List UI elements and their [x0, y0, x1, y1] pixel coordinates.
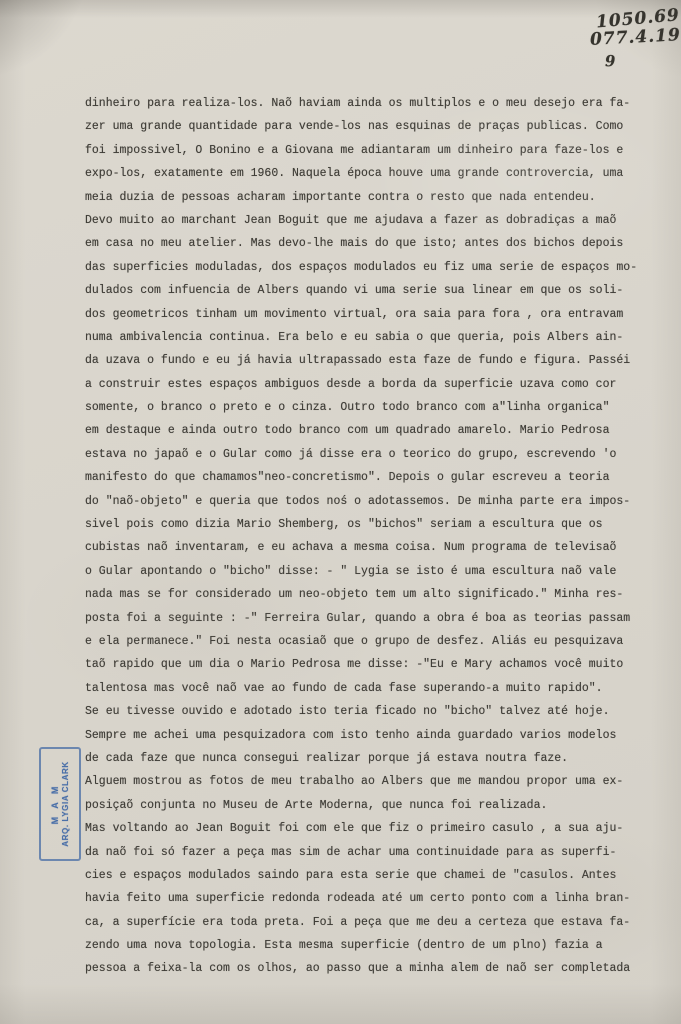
text-line: taõ rapido que um dia o Mario Pedrosa me… — [85, 653, 655, 676]
text-line: zendo uma nova topologia. Esta mesma sup… — [85, 934, 655, 957]
text-line: somente, o branco o preto e o cinza. Out… — [85, 396, 655, 419]
handwritten-page-number: 9 — [605, 52, 617, 70]
text-line: da uzava o fundo e eu já havia ultrapass… — [85, 349, 655, 372]
text-line: posiçaõ conjunta no Museu de Arte Modern… — [85, 794, 655, 817]
text-line: Sempre me achei uma pesquizadora com ist… — [85, 724, 655, 747]
text-line: Devo muito ao marchant Jean Boguit que m… — [85, 209, 655, 232]
text-line: havia feito uma superficie redonda rodea… — [85, 887, 655, 910]
text-line: zer uma grande quantidade para vende-los… — [85, 115, 655, 138]
archive-stamp-label: ARQ. LYGIA CLARK — [61, 761, 71, 846]
text-line: o Gular apontando o "bicho" disse: - " L… — [85, 560, 655, 583]
text-line: dulados com infuencia de Albers quando v… — [85, 279, 655, 302]
text-line: posta foi a seguinte : -" Ferreira Gular… — [85, 607, 655, 630]
archive-stamp-frame: M A M ARQ. LYGIA CLARK — [39, 747, 81, 861]
text-line: sivel pois como dizia Mario Shemberg, os… — [85, 513, 655, 536]
archive-stamp-org: M A M — [50, 784, 61, 825]
text-line: de cada faze que nunca consegui realizar… — [85, 747, 655, 770]
text-line: expo-los, exatamente em 1960. Naquela ép… — [85, 162, 655, 185]
text-line: dos geometricos tinham um movimento virt… — [85, 303, 655, 326]
text-line: cubistas naõ inventaram, e eu achava a m… — [85, 536, 655, 559]
text-line: numa ambivalencia continua. Era belo e e… — [85, 326, 655, 349]
text-line: manifesto do que chamamos"neo-concretism… — [85, 466, 655, 489]
text-line: meia duzia de pessoas acharam importante… — [85, 186, 655, 209]
text-line: a construir estes espaços ambiguos desde… — [85, 373, 655, 396]
text-line: cies e espaços modulados saindo para est… — [85, 864, 655, 887]
text-line: Mas voltando ao Jean Boguit foi com ele … — [85, 817, 655, 840]
text-line: do "naõ-objeto" e queria que todos noś o… — [85, 490, 655, 513]
text-line: talentosa mas você naõ vae ao fundo de c… — [85, 677, 655, 700]
text-line: pessoa a feixa-la com os olhos, ao passo… — [85, 957, 655, 980]
archive-stamp: M A M ARQ. LYGIA CLARK — [39, 747, 81, 861]
text-line: foi impossivel, O Bonino e a Giovana me … — [85, 139, 655, 162]
text-line: da naõ foi só fazer a peça mas sim de ac… — [85, 841, 655, 864]
text-line: das superficies moduladas, dos espaços m… — [85, 256, 655, 279]
text-line: em casa no meu atelier. Mas devo-lhe mai… — [85, 232, 655, 255]
text-line: estava no japaõ e o Gular como já disse … — [85, 443, 655, 466]
scanned-document-page: 1050.69.9 077.4.19.9 9 dinheiro para rea… — [0, 0, 681, 1024]
typewritten-text-block: dinheiro para realiza-los. Naõ haviam ai… — [85, 92, 655, 981]
text-line: e ela permanece." Foi nesta ocasiaõ que … — [85, 630, 655, 653]
text-line: Alguem mostrou as fotos de meu trabalho … — [85, 770, 655, 793]
text-line: Se eu tivesse ouvido e adotado isto teri… — [85, 700, 655, 723]
text-line: ca, a superfície era toda preta. Foi a p… — [85, 911, 655, 934]
text-line: nada mas se for considerado um neo-objet… — [85, 583, 655, 606]
text-line: dinheiro para realiza-los. Naõ haviam ai… — [85, 92, 655, 115]
text-line: em destaque e ainda outro todo branco co… — [85, 419, 655, 442]
